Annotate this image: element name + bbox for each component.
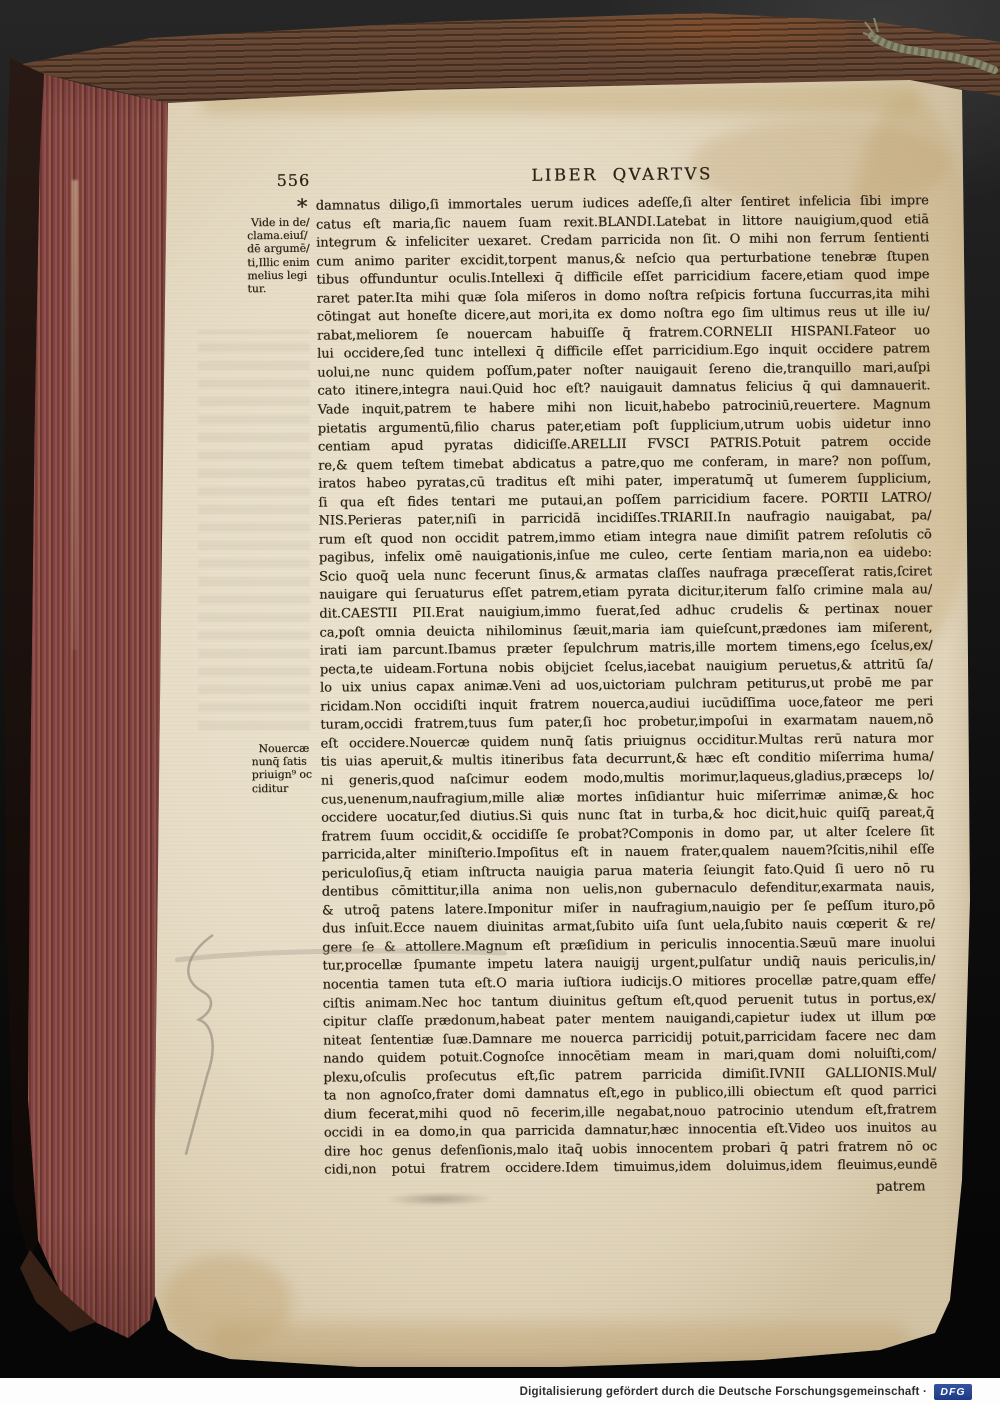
dfg-logo: DFG [934, 1384, 972, 1400]
ink-smudge [387, 1192, 491, 1206]
margin-note-line: Nouercæ [251, 742, 321, 756]
margin-note-line: ciditur [252, 781, 322, 795]
book-scan: 556 LIBER QVARTVS * Vide in de/clama.eiu… [0, 0, 1000, 1405]
digitization-banner: Digitalisierung gefördert durch die Deut… [0, 1378, 1000, 1405]
margin-note-line: nunq̄ ſatis [252, 755, 322, 769]
photo-background: 556 LIBER QVARTVS * Vide in de/clama.eiu… [0, 0, 1000, 1378]
margin-note-line: tur. [247, 282, 317, 296]
margin-note-line: clama.eiuſ/ [247, 229, 317, 243]
digitization-credit: Digitalisierung gefördert durch die Deut… [520, 1386, 927, 1398]
margin-note-line: dē argumē/ [247, 242, 317, 256]
fore-edge-streak [72, 180, 78, 650]
margin-note-2: Nouercænunq̄ ſatispriuign⁹ occiditur [251, 742, 321, 795]
margin-note-1: Vide in de/clama.eiuſ/dē argumē/ti,Illic… [247, 216, 318, 296]
margin-note-line: Vide in de/ [247, 216, 317, 230]
margin-doodle [152, 895, 534, 1168]
margin-note-line: priuign⁹ oc [252, 768, 322, 782]
running-header: LIBER QVARTVS [315, 162, 928, 186]
margin-note-line: ti,Illic enim [247, 255, 317, 269]
margin-note-line: melius legi [247, 268, 317, 282]
bookweight-cord [858, 4, 1000, 94]
page-number: 556 [276, 171, 310, 190]
cover-rust-patch [520, 12, 850, 60]
